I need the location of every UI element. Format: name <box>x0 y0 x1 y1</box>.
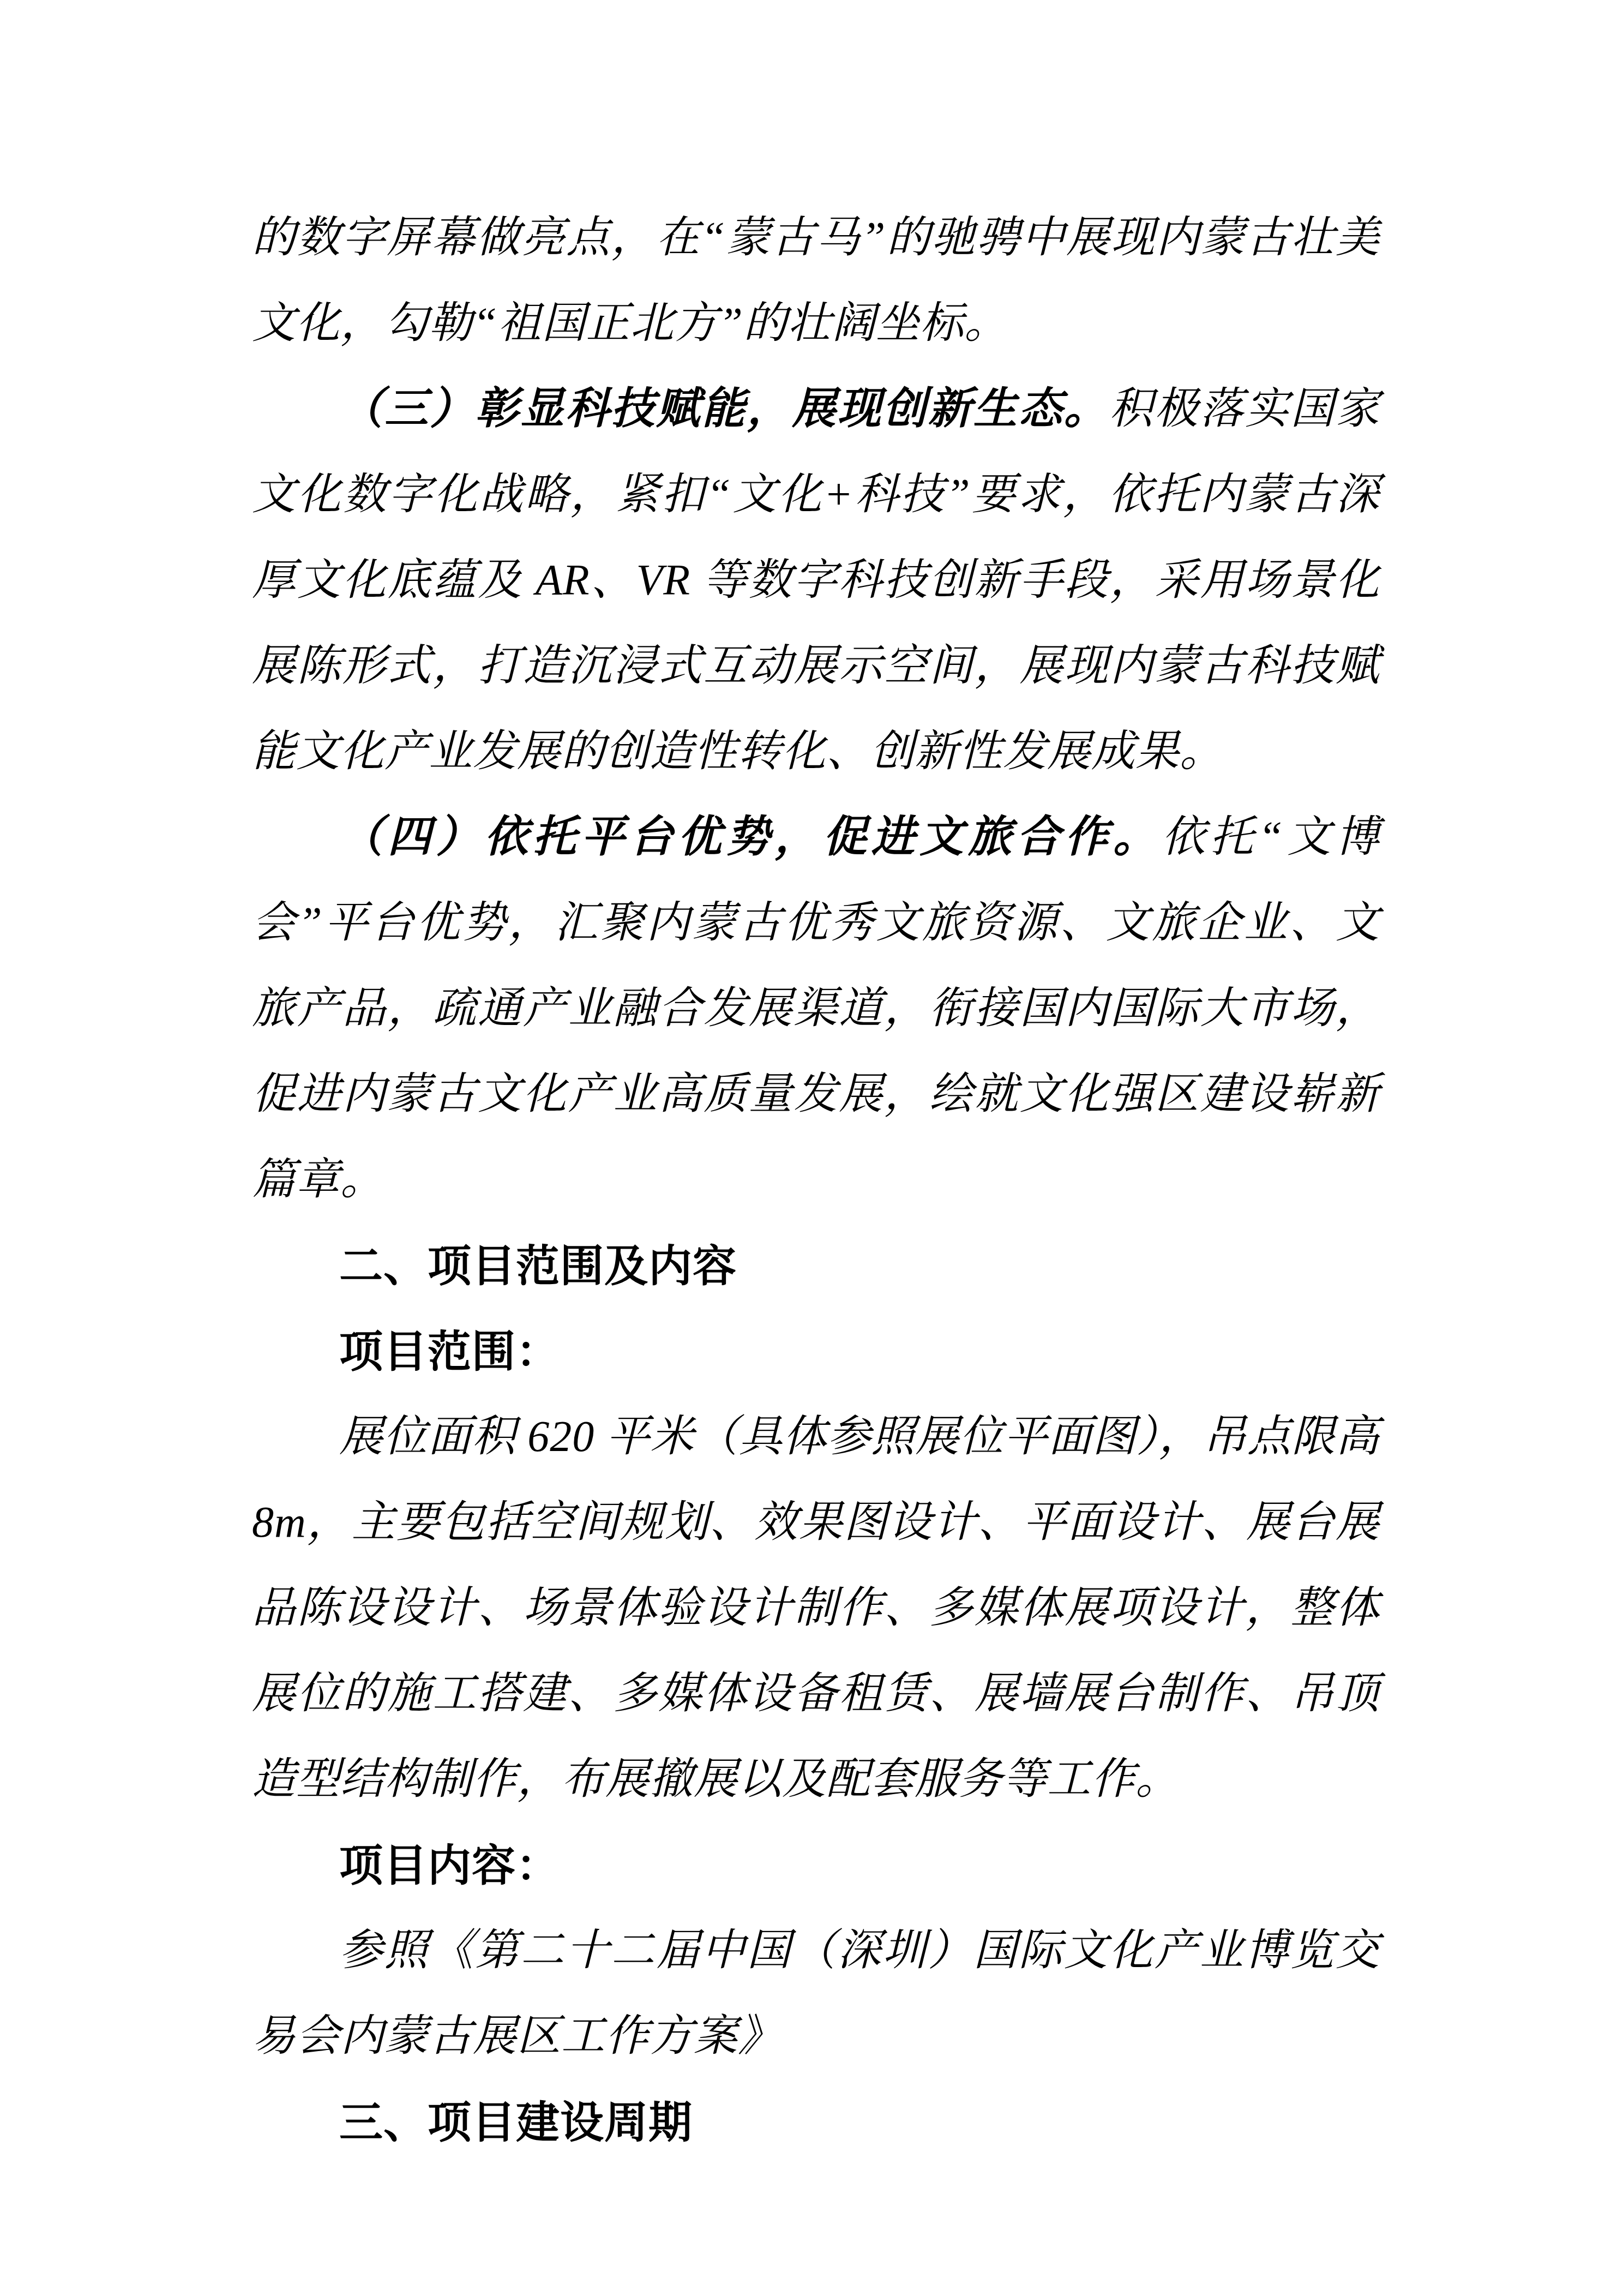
text-run: 参照《第二十二届中国（深圳）国际文化产业博览交易会内蒙古展区工作方案》 <box>252 1927 1380 2060</box>
paragraph: 展位面积 620 平米（具体参照展位平面图），吊点限高 8m，主要包括空间规划、… <box>252 1394 1380 1823</box>
paragraph: （四）依托平台优势，促进文旅合作。依托“文博会”平台优势，汇聚内蒙古优秀文旅资源… <box>252 795 1380 1223</box>
bold-text-run: （四）依托平台优势，促进文旅合作。 <box>339 813 1162 861</box>
paragraph: 参照《第二十二届中国（深圳）国际文化产业博览交易会内蒙古展区工作方案》 <box>252 1908 1380 2079</box>
paragraph: （三）彰显科技赋能，展现创新生态。积极落实国家文化数字化战略，紧扣“文化+科技”… <box>252 367 1380 795</box>
bold-text-run: （三）彰显科技赋能，展现创新生态。 <box>339 385 1109 433</box>
text-run: 依托“文博会”平台优势，汇聚内蒙古优秀文旅资源、文旅企业、文旅产品，疏通产业融合… <box>252 813 1380 1204</box>
bold-text-run: 二、项目范围及内容 <box>339 1242 737 1290</box>
bold-text-run: 项目内容： <box>339 1841 560 1890</box>
subsection-heading: 项目内容： <box>252 1823 1380 1908</box>
text-run: 的数字屏幕做亮点，在“蒙古马”的驰骋中展现内蒙古壮美文化，勾勒“祖国正北方”的壮… <box>252 214 1380 347</box>
document-body: 的数字屏幕做亮点，在“蒙古马”的驰骋中展现内蒙古壮美文化，勾勒“祖国正北方”的壮… <box>252 195 1380 2165</box>
document-page: 的数字屏幕做亮点，在“蒙古马”的驰骋中展现内蒙古壮美文化，勾勒“祖国正北方”的壮… <box>0 0 1623 2296</box>
paragraph: 的数字屏幕做亮点，在“蒙古马”的驰骋中展现内蒙古壮美文化，勾勒“祖国正北方”的壮… <box>252 195 1380 367</box>
section-heading: 二、项目范围及内容 <box>252 1223 1380 1309</box>
bold-text-run: 三、项目建设周期 <box>339 2098 693 2147</box>
bold-text-run: 项目范围： <box>339 1327 560 1376</box>
subsection-heading: 项目范围： <box>252 1309 1380 1394</box>
text-run: 积极落实国家文化数字化战略，紧扣“文化+科技”要求，依托内蒙古深厚文化底蕴及 A… <box>252 385 1380 776</box>
text-run: 展位面积 620 平米（具体参照展位平面图），吊点限高 8m，主要包括空间规划、… <box>252 1413 1380 1803</box>
section-heading: 三、项目建设周期 <box>252 2079 1380 2165</box>
